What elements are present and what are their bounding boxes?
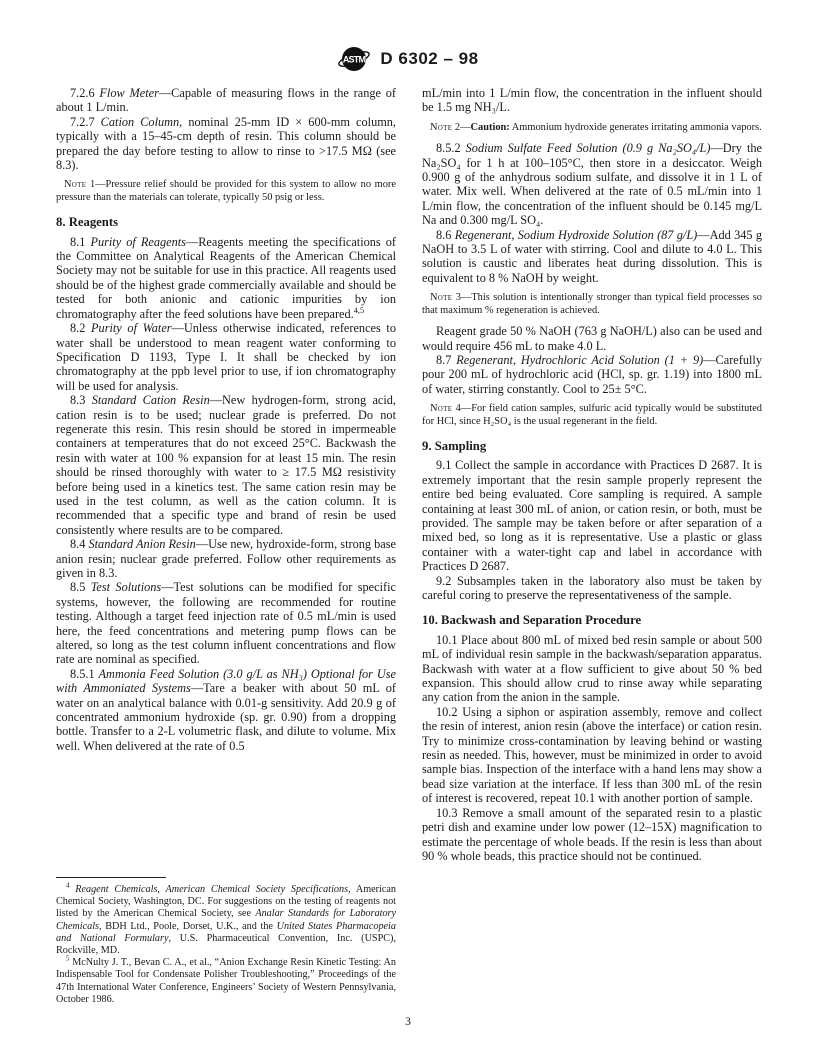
right-column-text: mL/min into 1 L/min flow, the concentrat… — [422, 86, 762, 863]
text-segment: 2— — [452, 122, 470, 133]
text-segment: Regenerant, Sodium Hydroxide Solution (8… — [455, 228, 698, 242]
text-segment: 7.2.7 — [70, 115, 101, 129]
left-column-text: 7.2.6 Flow Meter—Capable of measuring fl… — [56, 86, 396, 753]
para-8-6: 8.6 Regenerant, Sodium Hydroxide Solutio… — [422, 228, 762, 286]
page-footer: 3 — [0, 1016, 816, 1028]
note-4: Note 4—For field cation samples, sulfuri… — [422, 403, 762, 428]
heading-9-sampling: 9. Sampling — [422, 439, 762, 453]
footnote-divider — [56, 877, 166, 878]
para-8-1: 8.1 Purity of Reagents—Reagents meeting … — [56, 235, 396, 321]
text-segment: 8.5 — [70, 580, 91, 594]
text-segment: Purity of Water — [91, 321, 172, 335]
para-10-1: 10.1 Place about 800 mL of mixed bed res… — [422, 633, 762, 705]
text-segment: 9.1 Collect the sample in accordance wit… — [422, 458, 762, 573]
text-segment: Note — [430, 122, 452, 133]
heading-10-backwash: 10. Backwash and Separation Procedure — [422, 613, 762, 627]
text-segment: 4,5 — [354, 306, 364, 315]
two-column-body: 7.2.6 Flow Meter—Capable of measuring fl… — [56, 86, 762, 1006]
note-2: Note 2—Caution: Ammonium hydroxide gener… — [422, 122, 762, 134]
text-segment: 8.4 — [70, 537, 88, 551]
para-7-2-6: 7.2.6 Flow Meter—Capable of measuring fl… — [56, 86, 396, 115]
text-segment: Reagent Chemicals, American Chemical Soc… — [75, 884, 348, 895]
left-column: 7.2.6 Flow Meter—Capable of measuring fl… — [56, 86, 396, 1006]
text-segment: 10.3 Remove a small amount of the separa… — [422, 806, 762, 863]
text-segment: McNulty J. T., Bevan C. A., et al., “Ani… — [56, 957, 396, 1005]
astm-logo-text: ASTM — [343, 55, 366, 65]
text-segment: Sodium Sulfate Feed Solution (0.9 g Na₂S… — [466, 141, 711, 155]
footnote-4: 4 Reagent Chemicals, American Chemical S… — [56, 884, 396, 957]
text-segment: 9.2 Subsamples taken in the laboratory a… — [422, 574, 762, 602]
heading-8-reagents: 8. Reagents — [56, 215, 396, 229]
para-reagent-grade: Reagent grade 50 % NaOH (763 g NaOH/L) a… — [422, 324, 762, 353]
page-header: ASTM D 6302 – 98 — [0, 44, 816, 74]
doc-number: D 6302 – 98 — [380, 49, 478, 69]
footnotes-section: 4 Reagent Chemicals, American Chemical S… — [56, 877, 396, 1006]
note-3: Note 3—This solution is intentionally st… — [422, 292, 762, 317]
text-segment: Cation Column — [101, 115, 180, 129]
para-8-5-1: 8.5.1 Ammonia Feed Solution (3.0 g/L as … — [56, 667, 396, 753]
para-8-5-2: 8.5.2 Sodium Sulfate Feed Solution (0.9 … — [422, 141, 762, 227]
para-8-2: 8.2 Purity of Water—Unless otherwise ind… — [56, 321, 396, 393]
text-segment: 7.2.6 — [70, 86, 99, 100]
text-segment: Standard Cation Resin — [92, 393, 210, 407]
text-segment: mL/min into 1 L/min flow, the concentrat… — [422, 86, 762, 114]
text-segment: 10.1 Place about 800 mL of mixed bed res… — [422, 633, 762, 705]
text-segment: 10.2 Using a siphon or aspiration assemb… — [422, 705, 762, 805]
page-number: 3 — [405, 1016, 411, 1028]
text-segment: 8.3 — [70, 393, 92, 407]
text-segment: Test Solutions — [91, 580, 162, 594]
para-10-3: 10.3 Remove a small amount of the separa… — [422, 806, 762, 864]
text-segment: Flow Meter — [99, 86, 158, 100]
text-segment: Ammonium hydroxide generates irritating … — [510, 122, 762, 133]
text-segment: Note — [430, 292, 452, 303]
note-1: Note 1—Pressure relief should be provide… — [56, 179, 396, 204]
text-segment: Regenerant, Hydrochloric Acid Solution (… — [456, 353, 703, 367]
text-segment: Note — [64, 179, 86, 190]
para-8-5: 8.5 Test Solutions—Test solutions can be… — [56, 580, 396, 666]
text-segment: Note — [430, 403, 452, 414]
para-7-2-7: 7.2.7 Cation Column, nominal 25-mm ID × … — [56, 115, 396, 173]
text-segment: Caution: — [471, 122, 510, 133]
document-page: ASTM D 6302 – 98 7.2.6 Flow Meter—Capabl… — [0, 0, 816, 1056]
text-segment: Reagent grade 50 % NaOH (763 g NaOH/L) a… — [422, 324, 762, 352]
para-8-5-1-continued: mL/min into 1 L/min flow, the concentrat… — [422, 86, 762, 115]
para-10-2: 10.2 Using a siphon or aspiration assemb… — [422, 705, 762, 806]
text-segment: 8.6 — [436, 228, 455, 242]
text-segment: 8.2 — [70, 321, 91, 335]
text-segment: —New hydrogen-form, strong acid, cation … — [56, 393, 396, 537]
astm-logo-icon: ASTM — [337, 44, 371, 74]
text-segment: 8.5.2 — [436, 141, 466, 155]
para-9-1: 9.1 Collect the sample in accordance wit… — [422, 458, 762, 573]
text-segment: 10. Backwash and Separation Procedure — [422, 613, 641, 627]
text-segment: Purity of Reagents — [90, 235, 185, 249]
para-8-4: 8.4 Standard Anion Resin—Use new, hydrox… — [56, 537, 396, 580]
para-9-2: 9.2 Subsamples taken in the laboratory a… — [422, 574, 762, 603]
footnote-5: 5 McNulty J. T., Bevan C. A., et al., “A… — [56, 957, 396, 1006]
text-segment: , BDH Ltd., Poole, Dorset, U.K., and the — [99, 921, 277, 932]
text-segment: 3—This solution is intentionally stronge… — [422, 292, 762, 315]
text-segment: 4—For field cation samples, sulfuric aci… — [422, 403, 762, 426]
text-segment: 8.5.1 — [70, 667, 99, 681]
para-8-7: 8.7 Regenerant, Hydrochloric Acid Soluti… — [422, 353, 762, 396]
text-segment: 8.1 — [70, 235, 90, 249]
footnote-text: 4 Reagent Chemicals, American Chemical S… — [56, 884, 396, 1006]
text-segment: 8.7 — [436, 353, 456, 367]
text-segment: 9. Sampling — [422, 439, 486, 453]
text-segment: Standard Anion Resin — [88, 537, 195, 551]
text-segment: 8. Reagents — [56, 215, 118, 229]
para-8-3: 8.3 Standard Cation Resin—New hydrogen-f… — [56, 393, 396, 537]
text-segment: 1—Pressure relief should be provided for… — [56, 179, 396, 202]
right-column: mL/min into 1 L/min flow, the concentrat… — [422, 86, 762, 1006]
